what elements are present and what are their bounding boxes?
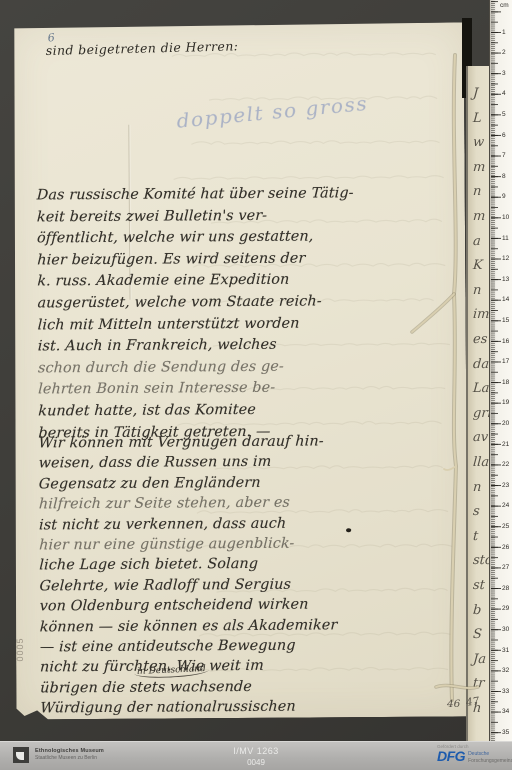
adjacent-text-fragment: es [472,332,487,347]
ruler-number: 4 [502,90,506,97]
ruler-number: 6 [502,132,506,139]
ruler-number: 5 [502,111,506,118]
ruler-number: 7 [502,152,506,159]
shelfmark-line2: 0049 [196,758,316,767]
adjacent-text-fragment: J [472,86,478,101]
ruler-number: 34 [502,708,509,715]
museum-logo-icon [13,747,29,763]
ruler-number: 23 [502,482,509,489]
adjacent-text-fragment: n [472,184,481,199]
manuscript-line: öffentlicht, welche wir uns gestatten, [37,226,355,250]
adjacent-text-fragment: n [472,480,481,495]
adjacent-text-fragment: L [472,111,482,126]
manuscript-line: hier beizufügen. Es wird seitens der [37,248,355,272]
manuscript-line: von Oldenburg entscheidend wirken [39,594,338,616]
manuscript-line: — ist eine antideutsche Bewegung [39,635,338,657]
adjacent-text-fragment: K [472,258,483,273]
manuscript-line: keit bereits zwei Bulletin's ver- [36,205,354,229]
ruler-number: 24 [502,502,509,509]
ruler-number: 29 [502,605,509,612]
ruler-number: 31 [502,647,509,654]
ruler-number: 15 [502,317,509,324]
manuscript-line: Wir können mit Vergnügen darauf hin- [38,431,337,453]
sheet-number-right: 47 [465,695,480,709]
ruler-number: 13 [502,276,509,283]
ruler-number: 9 [502,193,506,200]
manuscript-line: k. russ. Akademie eine Expedition [37,270,355,294]
shelfmark-line1: I/MV 1263 [196,746,316,756]
manuscript-line: ist nicht zu verkennen, dass auch [39,513,338,535]
ruler-number: 8 [502,173,506,180]
adjacent-text-fragment: tr [472,676,485,691]
ruler-number: 22 [502,461,509,468]
manuscript-line: ist. Auch in Frankreich, welches [37,334,355,358]
adjacent-text-fragment: s [472,504,480,519]
manuscript-line: kundet hatte, ist das Komitee [38,399,356,423]
manuscript-line: Gelehrte, wie Radloff und Sergius [39,574,338,596]
manuscript-line: ausgerüstet, welche vom Staate reich- [37,291,355,315]
adjacent-text-fragment: lla [472,455,489,470]
museum-text-block: Ethnologisches Museum Staatliche Museen … [35,748,104,761]
adjacent-text-fragment: av [472,430,488,445]
adjacent-text-fragment: n [472,283,481,298]
museum-subtitle: Staatliche Museen zu Berlin [35,755,104,761]
sheet-number-left: 46 [447,698,460,710]
manuscript-line: übrigen die stets wachsende [40,676,339,698]
manuscript-page: 6 sind beigetreten die Herren: doppelt s… [12,22,469,719]
ruler-number: 16 [502,338,509,345]
ruler: cm 1234567891011121314151617181920212223… [489,0,512,741]
adjacent-text-fragment: m [472,209,485,224]
ruler-unit-label: cm [500,2,509,9]
manuscript-line: lehrten Bonin sein Interesse be- [38,378,356,402]
adjacent-text-fragment: w [472,135,484,150]
adjacent-text-fragment: a [472,234,481,249]
manuscript-line: Das russische Komité hat über seine Täti… [36,183,354,207]
footer-bar: Ethnologisches Museum Staatliche Museen … [0,741,512,770]
ruler-number: 18 [502,379,509,386]
manuscript-line: liche Lage sich bietet. Solang [39,554,338,576]
ruler-number: 14 [502,296,509,303]
ruler-number: 1 [502,29,506,36]
ruler-number: 20 [502,420,509,427]
manuscript-paragraph-1: Das russische Komité hat über seine Täti… [37,183,356,444]
adjacent-text-fragment: b [472,603,481,618]
ruler-number: 32 [502,667,509,674]
dfg-name-line2: Forschungsgemeinschaft [468,758,512,765]
ruler-number: 33 [502,688,509,695]
manuscript-line: hier nur eine günstige augenblick- [39,533,338,555]
manuscript-line: Gegensatz zu den Engländern [38,472,337,494]
ruler-number: 17 [502,358,509,365]
manuscript-line: schon durch die Sendung des ge- [37,356,355,380]
dfg-logo-icon: DFG [437,750,465,763]
ruler-number: 25 [502,523,509,530]
ruler-number: 19 [502,399,509,406]
adjacent-text-fragment: da [472,357,489,372]
ruler-number: 10 [502,214,509,221]
adjacent-text-fragment: m [472,160,485,175]
adjacent-text-fragment: Ja [472,652,486,667]
manuscript-line: weisen, dass die Russen uns im [38,452,337,474]
stamped-side-number: 0005 [15,638,25,662]
manuscript-line: können — sie können es als Akademiker [39,615,338,637]
scan-viewer: 6 sind beigetreten die Herren: doppelt s… [0,0,512,770]
adjacent-text-fragment: st [472,578,485,593]
manuscript-line: Würdigung der nationalrussischen [40,696,339,718]
adjacent-text-fragment: t [472,529,478,544]
ruler-number: 35 [502,729,509,736]
shelfmark: I/MV 1263 0049 [196,746,316,767]
ruler-number: 11 [502,235,509,242]
dfg-logo-block: Gefördert durch DFG Deutsche Forschungsg… [437,744,512,764]
ruler-number: 3 [502,70,506,77]
ruler-number: 28 [502,585,509,592]
ruler-number: 26 [502,544,509,551]
adjacent-text-fragment: S [472,627,482,642]
adjacent-text-fragment: im [472,307,490,322]
adjacent-text-fragment: La [472,381,489,396]
manuscript-line: hilfreich zur Seite stehen, aber es [38,492,337,514]
museum-name: Ethnologisches Museum [35,748,104,755]
manuscript-line: lich mit Mitteln unterstützt worden [37,313,355,337]
ruler-number: 27 [502,564,509,571]
dfg-name-block: Deutsche Forschungsgemeinschaft [468,751,512,764]
ruler-number: 21 [502,441,509,448]
ruler-number: 2 [502,49,506,56]
ruler-number: 12 [502,255,509,262]
ruler-number: 30 [502,626,509,633]
